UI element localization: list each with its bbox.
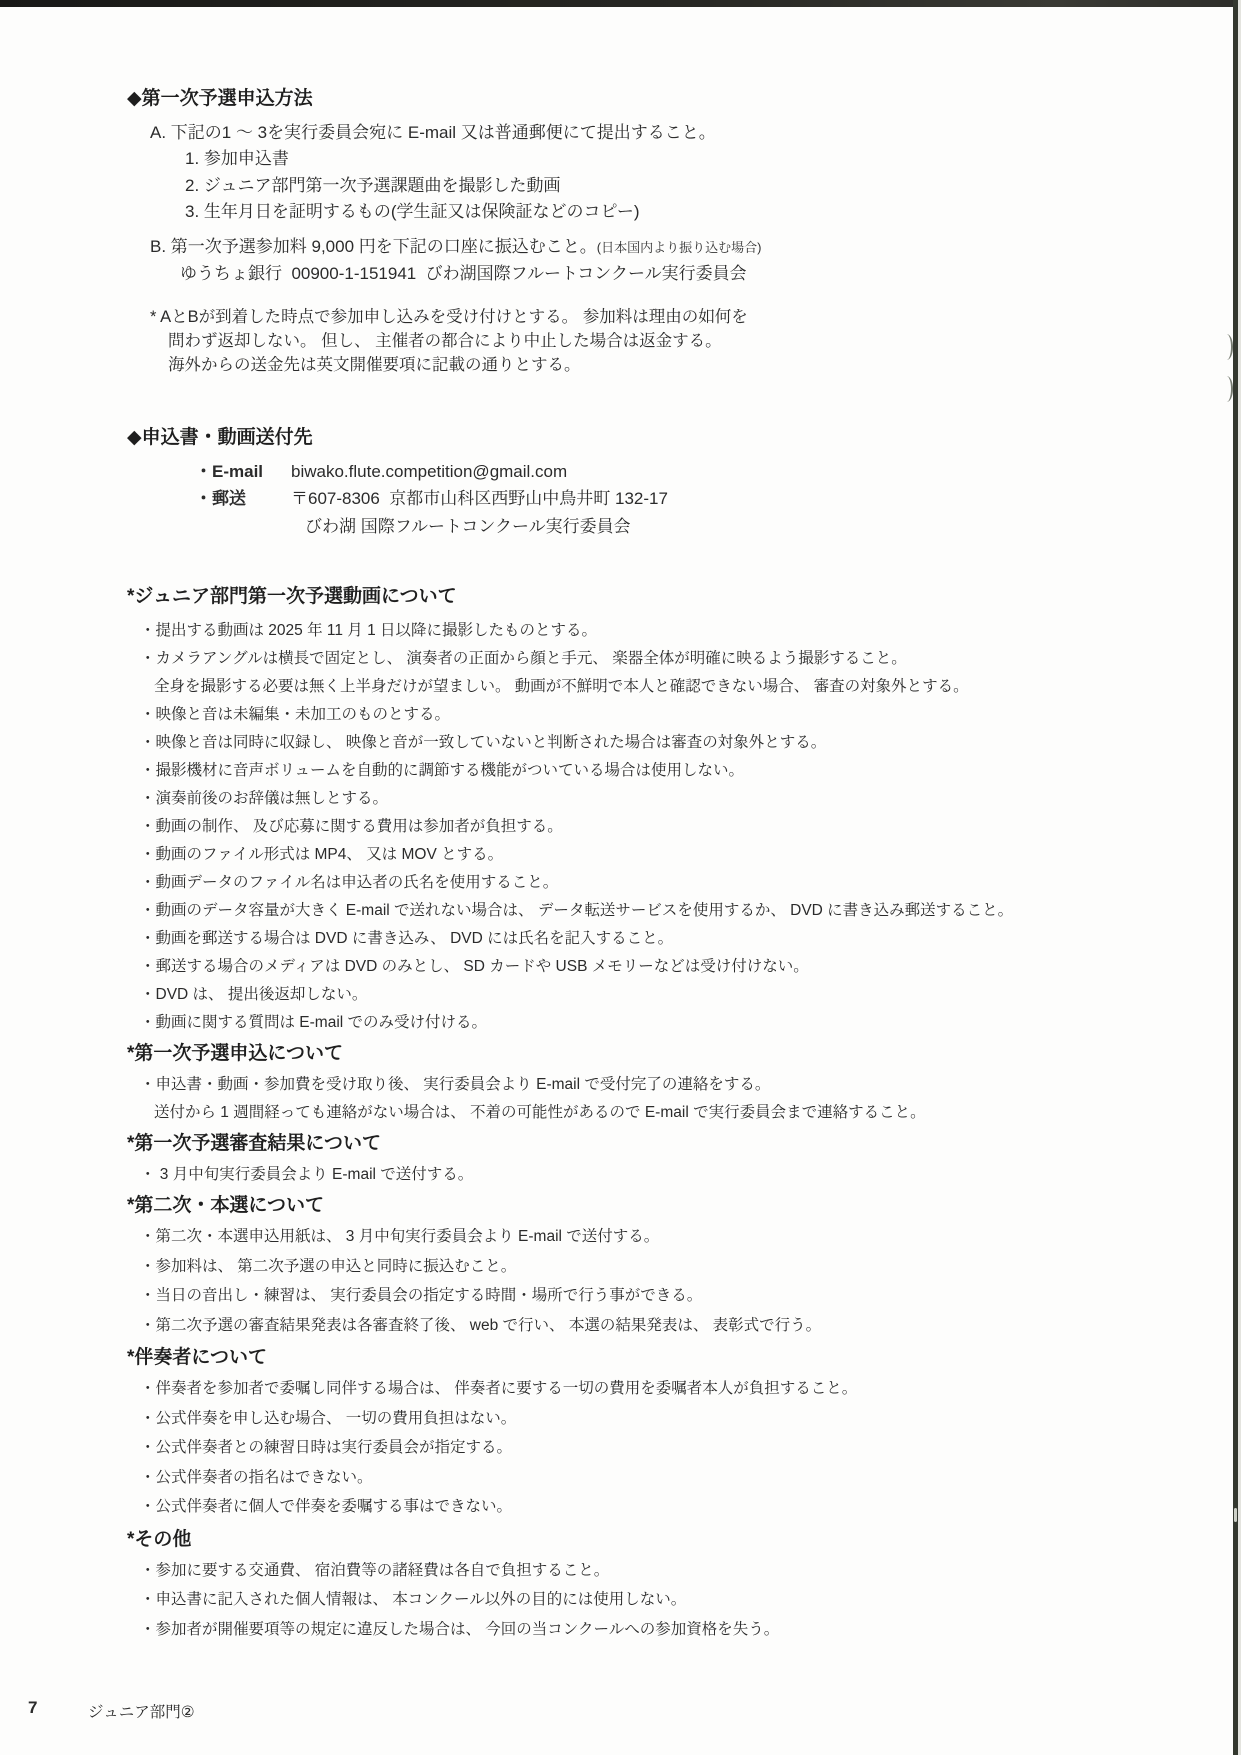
first-round-apply-heading: *第一次予選申込について <box>127 1041 1116 1067</box>
postal-label: ・郵送 <box>195 485 291 513</box>
bullet-item: ・映像と音は未編集・未加工のものとする。 <box>140 705 1116 724</box>
section-send-to: ◆申込書・動画送付先 ・E-mailbiwako.flute.competiti… <box>127 425 1116 541</box>
footer-section-label: ジュニア部門② <box>88 1700 195 1722</box>
section-first-round-results: *第一次予選審査結果について ・ 3 月中旬実行委員会より E-mail で送付… <box>127 1131 1116 1184</box>
send-to-heading: ◆申込書・動画送付先 <box>127 425 1116 451</box>
bullet-item: ・伴奏者を参加者で委嘱し同伴する場合は、 伴奏者に要する一切の費用を委嘱者本人が… <box>140 1379 1116 1398</box>
apply-note-line: 問わず返却しない。 但し、 主催者の都合により中止した場合は返金する。 <box>168 329 1116 353</box>
email-address: biwako.flute.competition@gmail.com <box>291 462 567 481</box>
scan-edge-glint <box>1234 1508 1237 1522</box>
section-accompanist: *伴奏者について ・伴奏者を参加者で委嘱し同伴する場合は、 伴奏者に要する一切の… <box>127 1345 1116 1516</box>
apply-numbered-item: 2. ジュニア部門第一次予選課題曲を撮影した動画 <box>185 173 1116 200</box>
other-heading: *その他 <box>127 1527 1116 1553</box>
email-label: ・E-mail <box>195 458 291 486</box>
bullet-item: ・当日の音出し・練習は、 実行委員会の指定する時間・場所で行う事ができる。 <box>140 1286 1116 1305</box>
bullet-item: ・撮影機材に音声ボリュームを自動的に調節する機能がついている場合は使用しない。 <box>140 761 1116 780</box>
binding-mark <box>1224 376 1233 402</box>
bullet-item: ・動画データのファイル名は申込者の氏名を使用すること。 <box>140 873 1116 892</box>
bullet-item: ・演奏前後のお辞儀は無しとする。 <box>140 789 1116 808</box>
section-first-round-apply: *第一次予選申込について ・申込書・動画・参加費を受け取り後、 実行委員会より … <box>127 1041 1116 1122</box>
bullet-continuation: 全身を撮影する必要は無く上半身だけが望ましい。 動画が不鮮明で本人と確認できない… <box>154 677 1116 696</box>
bullet-item: ・動画に関する質問は E-mail でのみ受け付ける。 <box>140 1013 1116 1032</box>
bullet-item: ・ 3 月中旬実行委員会より E-mail で送付する。 <box>140 1165 1116 1184</box>
bullet-item: ・公式伴奏者に個人で伴奏を委嘱する事はできない。 <box>140 1497 1116 1516</box>
section-second-final: *第二次・本選について ・第二次・本選申込用紙は、 3 月中旬実行委員会より E… <box>127 1193 1116 1335</box>
bullet-item: ・郵送する場合のメディアは DVD のみとし、 SD カードや USB メモリー… <box>140 957 1116 976</box>
bank-account-line: ゆうちょ銀行 00900-1-151941 びわ湖国際フルートコンクール実行委員… <box>180 261 1116 287</box>
apply-note-line: 海外からの送金先は英文開催要項に記載の通りとする。 <box>168 353 1116 377</box>
scan-top-edge <box>0 0 1241 7</box>
send-to-mail-row: ・郵送〒607-8306 京都市山科区西野山中鳥井町 132-17 <box>195 485 1116 513</box>
bullet-item: ・動画のファイル形式は MP4、 又は MOV とする。 <box>140 845 1116 864</box>
bullet-continuation: 送付から 1 週間経っても連絡がない場合は、 不着の可能性があるので E-mai… <box>154 1103 1116 1122</box>
section-other: *その他 ・参加に要する交通費、 宿泊費等の諸経費は各自で負担すること。 ・申込… <box>127 1527 1116 1639</box>
bullet-item: ・DVD は、 提出後返却しない。 <box>140 985 1116 1004</box>
bullet-item: ・参加者が開催要項等の規定に違反した場合は、 今回の当コンクールへの参加資格を失… <box>140 1620 1116 1639</box>
binding-mark <box>1224 334 1233 360</box>
apply-item-b-note: (日本国内より振り込む場合) <box>597 240 762 255</box>
bullet-item: ・提出する動画は 2025 年 11 月 1 日以降に撮影したものとする。 <box>140 621 1116 640</box>
bullet-item: ・動画のデータ容量が大きく E-mail で送れない場合は、 データ転送サービス… <box>140 901 1116 920</box>
first-round-results-heading: *第一次予選審査結果について <box>127 1131 1116 1157</box>
apply-method-heading: ◆第一次予選申込方法 <box>127 86 1116 112</box>
bullet-item: ・参加に要する交通費、 宿泊費等の諸経費は各自で負担すること。 <box>140 1561 1116 1580</box>
apply-item-b: B. 第一次予選参加料 9,000 円を下記の口座に振込むこと。(日本国内より振… <box>150 234 1116 261</box>
apply-note-block: * AとBが到着した時点で参加申し込みを受け付けとする。 参加料は理由の如何を … <box>150 305 1116 377</box>
apply-item-a: A. 下記の1 〜 3を実行委員会宛に E-mail 又は普通郵便にて提出するこ… <box>150 120 1116 146</box>
bullet-item: ・申込書に記入された個人情報は、 本コンクール以外の目的には使用しない。 <box>140 1590 1116 1609</box>
footer-page-number: 7 <box>28 1698 37 1718</box>
bullet-item: ・申込書・動画・参加費を受け取り後、 実行委員会より E-mail で受付完了の… <box>140 1075 1116 1094</box>
apply-note-line: * AとBが到着した時点で参加申し込みを受け付けとする。 参加料は理由の如何を <box>150 305 1116 329</box>
bullet-item: ・第二次予選の審査結果発表は各審査終了後、 web で行い、 本選の結果発表は、… <box>140 1316 1116 1335</box>
second-final-heading: *第二次・本選について <box>127 1193 1116 1219</box>
bullet-item: ・公式伴奏を申し込む場合、 一切の費用負担はない。 <box>140 1409 1116 1428</box>
apply-item-b-text: B. 第一次予選参加料 9,000 円を下記の口座に振込むこと。 <box>150 237 597 256</box>
section-apply-method: ◆第一次予選申込方法 A. 下記の1 〜 3を実行委員会宛に E-mail 又は… <box>127 86 1116 377</box>
apply-numbered-item: 3. 生年月日を証明するもの(学生証又は保険証などのコピー) <box>185 199 1116 226</box>
accompanist-heading: *伴奏者について <box>127 1345 1116 1371</box>
video-rules-heading: *ジュニア部門第一次予選動画について <box>127 584 1116 610</box>
bullet-item: ・公式伴奏者の指名はできない。 <box>140 1468 1116 1487</box>
bullet-item: ・動画の制作、 及び応募に関する費用は参加者が負担する。 <box>140 817 1116 836</box>
apply-numbered-item: 1. 参加申込書 <box>185 146 1116 173</box>
bullet-item: ・動画を郵送する場合は DVD に書き込み、 DVD には氏名を記入すること。 <box>140 929 1116 948</box>
bullet-item: ・映像と音は同時に収録し、 映像と音が一致していないと判断された場合は審査の対象… <box>140 733 1116 752</box>
scanned-page: ◆第一次予選申込方法 A. 下記の1 〜 3を実行委員会宛に E-mail 又は… <box>0 0 1241 1755</box>
postal-address: 〒607-8306 京都市山科区西野山中鳥井町 132-17 <box>291 489 668 508</box>
bullet-item: ・公式伴奏者との練習日時は実行委員会が指定する。 <box>140 1438 1116 1457</box>
page-content: ◆第一次予選申込方法 A. 下記の1 〜 3を実行委員会宛に E-mail 又は… <box>127 86 1116 1649</box>
send-to-email-row: ・E-mailbiwako.flute.competition@gmail.co… <box>195 458 1116 486</box>
postal-address-line2: びわ湖 国際フルートコンクール実行委員会 <box>305 513 1116 541</box>
bullet-item: ・カメラアングルは横長で固定とし、 演奏者の正面から顔と手元、 楽器全体が明確に… <box>140 649 1116 668</box>
bullet-item: ・参加料は、 第二次予選の申込と同時に振込むこと。 <box>140 1257 1116 1276</box>
section-video-rules: *ジュニア部門第一次予選動画について ・提出する動画は 2025 年 11 月 … <box>127 584 1116 1032</box>
bullet-item: ・第二次・本選申込用紙は、 3 月中旬実行委員会より E-mail で送付する。 <box>140 1227 1116 1246</box>
